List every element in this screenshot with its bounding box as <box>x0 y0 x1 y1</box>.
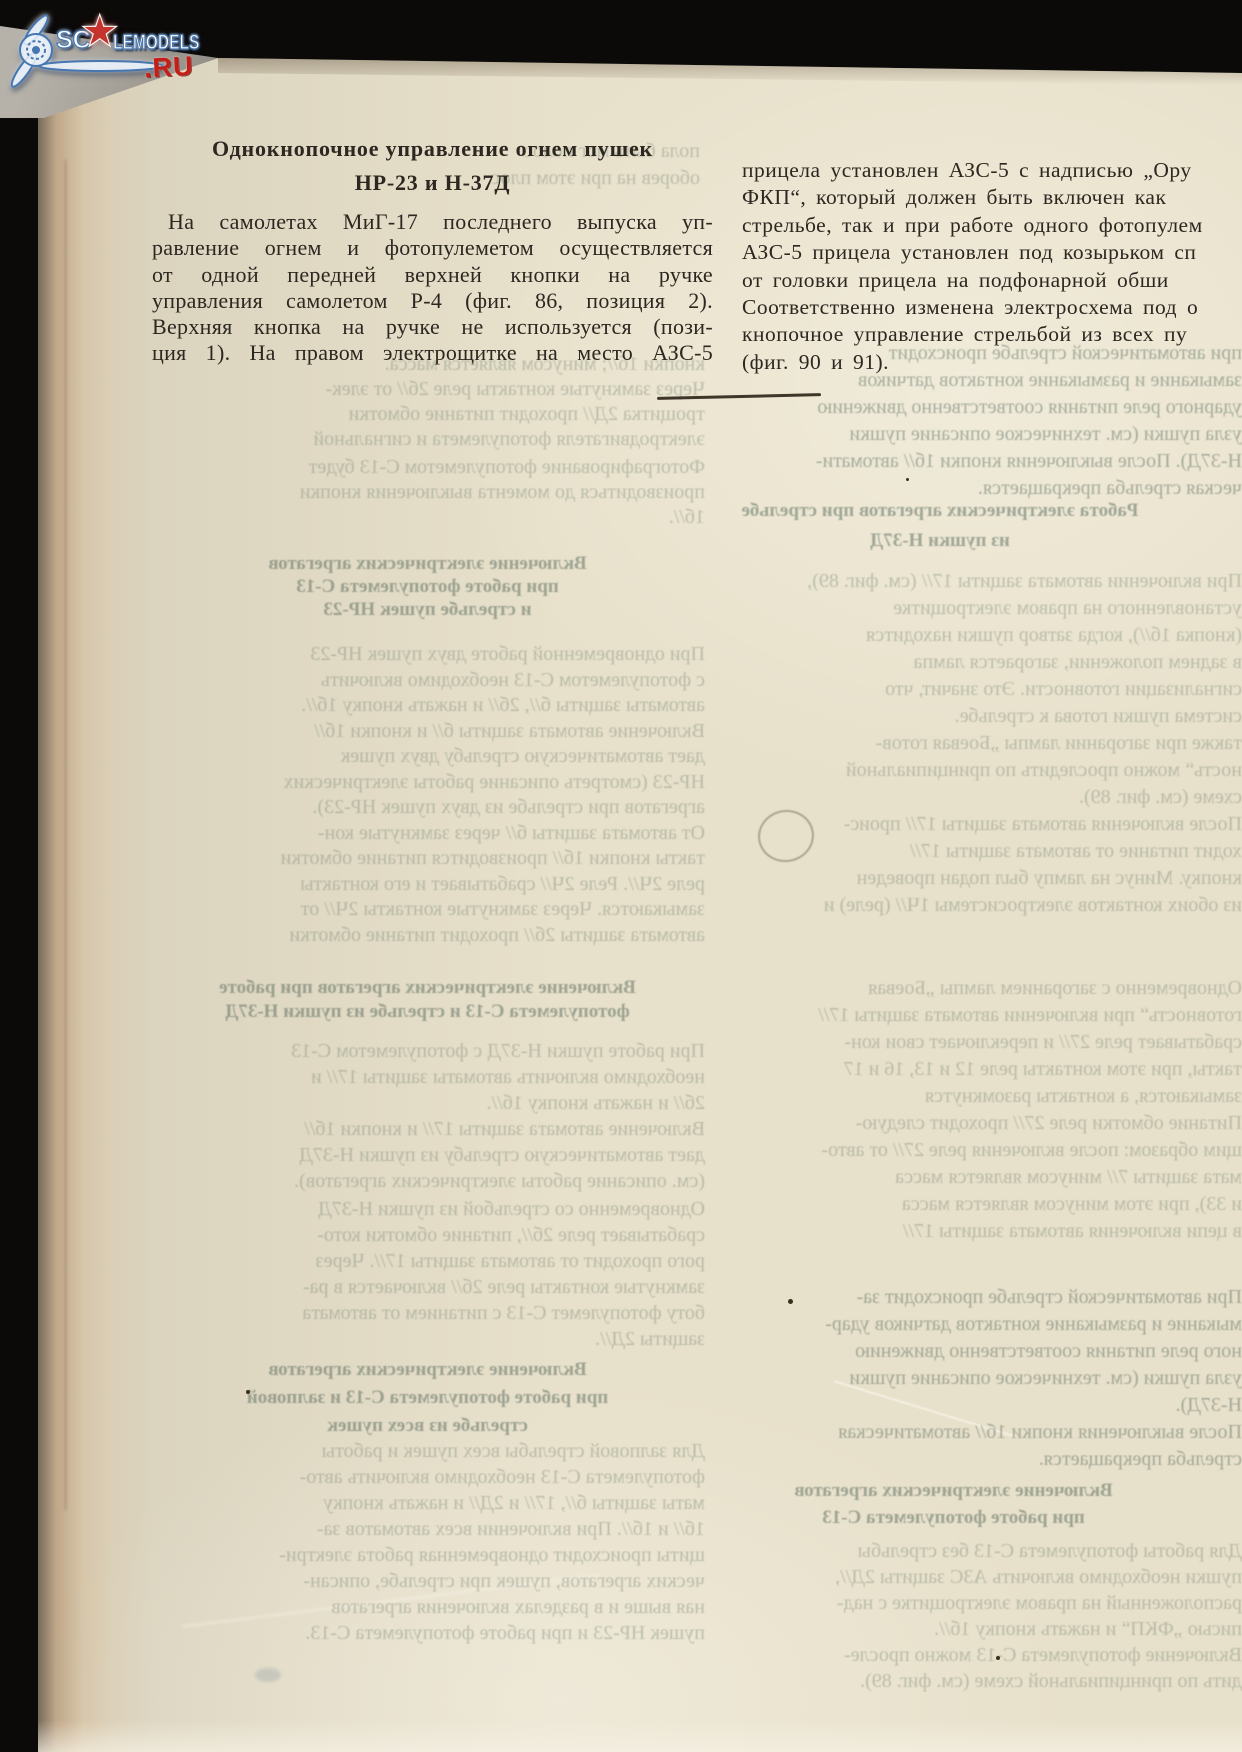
text-line: щиты происходит одновременная работа эле… <box>150 1542 705 1568</box>
text-line: 1б//. <box>150 505 705 530</box>
text-line: НР-23 (смотреть описание работы электрич… <box>150 770 705 796</box>
text-line: Через замкнутые контакты реле 2б// от эл… <box>150 377 705 402</box>
text-line: равление огнем и фотопулеметом осуществл… <box>152 235 713 261</box>
ghost-left-para-1: кнопки 1б//; минусом является масса.Чере… <box>150 352 705 452</box>
text-line: с фотопулеметом С-13 необходимо включить <box>150 668 705 694</box>
ghost-right-para-4: При автоматической стрельбе происходит з… <box>695 1284 1242 1473</box>
ghost-right-heading-2: Включение электрических агрегатовпри раб… <box>680 1477 1227 1531</box>
ghost-left-heading-2: Включение электрических агрегатов при ра… <box>150 976 705 1024</box>
text-line: Н-37Д). <box>695 1392 1242 1419</box>
book-page-scan: пола быть мог полособорев на при этом пл… <box>0 0 1242 1752</box>
text-line: На самолетах МиГ-17 последнего выпуска у… <box>152 209 713 235</box>
text-line: АЗС-5 прицела установлен под козырьком с… <box>742 239 1242 266</box>
text-line: ческих агрегатов, пушек при стрельбе, оп… <box>150 1568 705 1594</box>
text-line: установленного на правом электрощитке <box>695 595 1242 622</box>
text-line: ная выше и в разделах включения агрегато… <box>150 1594 705 1620</box>
text-line: кнопку. Минус на лампу был подан проведе… <box>695 865 1242 892</box>
text-line: (фиг. 90 и 91). <box>742 349 1242 376</box>
text-line: ФКП“, который должен быть включен как <box>742 184 1242 211</box>
text-line: срабатывает реле 27// и переключает свои… <box>695 1029 1242 1056</box>
text-line: фотопулемета С-13 и стрельбе из пушки Н-… <box>150 1000 705 1024</box>
text-line: производиться до момента выключения кноп… <box>150 480 705 505</box>
text-line: готовность“ при включении автомата защит… <box>695 1002 1242 1029</box>
text-line: пушек НР-23 и при работе фотопулемета С-… <box>150 1620 705 1646</box>
ghost-right-heading-1: Работа электрических агрегатов при стрел… <box>660 496 1220 556</box>
text-line: узла пушки (см. техническое описание пуш… <box>695 421 1242 448</box>
text-line: При одновременной работе двух пушек НР-2… <box>150 642 705 668</box>
text-line: НР-23 и Н-37Д <box>152 166 713 200</box>
text-line: дает автоматическую стрельбу из пушки Н-… <box>150 1142 705 1168</box>
text-line: ного реле питания соответственно движени… <box>695 1338 1242 1365</box>
right-column-paragraph: прицела установлен АЗС-5 с надписью „Ору… <box>742 157 1242 376</box>
text-line: система пушки готова к стрельбе. <box>695 703 1242 730</box>
text-line: Однокнопочное управление огнем пушек <box>152 132 713 166</box>
text-line: прицела установлен АЗС-5 с надписью „Ору <box>742 157 1242 184</box>
text-line: от головки прицела на подфонарной обши <box>742 267 1242 294</box>
paper-speck <box>996 1656 1000 1660</box>
text-line: необходимо включить автоматы защиты 17//… <box>150 1064 705 1090</box>
paper-speck <box>906 478 909 481</box>
text-line: стрельбе из всех пушек <box>150 1412 705 1440</box>
text-line: из обоих контактов электросистемы 1Ч// (… <box>695 892 1242 919</box>
text-line: трощитка 2Д// проходит питание обмотки <box>150 402 705 427</box>
text-line: такты, при этом контакты реле 12 и 13, 1… <box>695 1056 1242 1083</box>
ghost-right-para-5: Для работы фотопулемета С-13 без стрельб… <box>695 1538 1242 1694</box>
text-line: стрельбе, так и при работе одного фотопу… <box>742 212 1242 239</box>
text-line: сигнализации готовности. Это значит, что <box>695 676 1242 703</box>
text-line: При работе пушки Н-37Д с фотопулеметом С… <box>150 1038 705 1064</box>
text-line: кнопочное управление стрельбой из всех п… <box>742 321 1242 348</box>
text-line: При автоматической стрельбе происходит з… <box>695 1284 1242 1311</box>
ghost-right-para-2: При включении автомата защиты 17// (см. … <box>695 568 1242 919</box>
text-line: такты кнопки 1б// производится питание о… <box>150 846 705 872</box>
text-line: дить по принципиальной схеме (см. фиг. 8… <box>695 1668 1242 1694</box>
text-line: щим образом: после включения реле 27// о… <box>695 1137 1242 1164</box>
text-line: (кнопка 1б//), когда затвор пушки находи… <box>695 622 1242 649</box>
text-line: при работе фотопулемета С-13 <box>150 575 705 598</box>
ghost-left-para-5: Одновременно со стрельбой из пушки Н-37Д… <box>150 1196 705 1352</box>
text-line: Работа электрических агрегатов при стрел… <box>660 496 1220 526</box>
text-line: Включение электрических агрегатов <box>150 552 705 575</box>
text-line: стрельба прекращается. <box>695 1446 1242 1473</box>
ghost-left-para-6: Для залповой стрельбы всех пушек и работ… <box>150 1438 705 1646</box>
text-line: ность“ можно проследить по принципиально… <box>695 757 1242 784</box>
paper-speck <box>788 1299 793 1304</box>
text-line: Включение автомата защиты б// и кнопки 1… <box>150 719 705 745</box>
ghost-left-para-3: При одновременной работе двух пушек НР-2… <box>150 642 705 948</box>
text-line: при работе фотопулемета С-13 и залповой <box>150 1384 705 1412</box>
text-line: при работе фотопулемета С-13 <box>680 1504 1227 1531</box>
text-line: писью „ФКП“ и нажать кнопку 1б//. <box>695 1616 1242 1642</box>
text-line: ударного реле питания соответственно дви… <box>695 394 1242 421</box>
text-line: агрегатов при стрельбе из двух пушек НР-… <box>150 795 705 821</box>
text-line: автомата защиты 2б// проходит питание об… <box>150 923 705 949</box>
text-line: замыкаются, а контакты разомкнутся <box>695 1083 1242 1110</box>
text-line: Для залповой стрельбы всех пушек и работ… <box>150 1438 705 1464</box>
text-line: автоматы защиты б//, 2б// и нажать кнопк… <box>150 693 705 719</box>
text-line: срабатывает реле 2б//, питание обмотки к… <box>150 1222 705 1248</box>
text-line: из пушки Н-37Д <box>660 526 1220 556</box>
text-line: Включение электрических агрегатов при ра… <box>150 976 705 1000</box>
text-line: От автомата защиты б// через замкнутые к… <box>150 821 705 847</box>
text-line: схеме (см. фиг. 89). <box>695 784 1242 811</box>
text-line: боту фотопулемет С-13 с питанием от авто… <box>150 1300 705 1326</box>
text-line: мыкание и размыкание контактов датчиков … <box>695 1311 1242 1338</box>
text-line: После выключения кнопки 1б// автоматичес… <box>695 1419 1242 1446</box>
scalemodels-watermark-logo: SC ★ LEMODELS .RU <box>6 4 196 96</box>
text-line: пушки необходимо включить АЗС защиты 2Д/… <box>695 1564 1242 1590</box>
text-line: в цепи включения автомата защиты 17// <box>695 1218 1242 1245</box>
text-line: дает автоматическую стрельбу двух пушек <box>150 744 705 770</box>
ghost-left-heading-1: Включение электрических агрегатовпри раб… <box>150 552 705 621</box>
page-bottom-light-edge <box>38 1720 1242 1752</box>
text-line: узла пушки (см. техническое описание пуш… <box>695 1365 1242 1392</box>
text-line: расположенный на правом электрощитке с н… <box>695 1590 1242 1616</box>
book-spine-shading <box>38 0 153 1752</box>
left-column-paragraph: На самолетах МиГ-17 последнего выпуска у… <box>152 209 713 367</box>
text-line: управления самолетом Р-4 (фиг. 86, позиц… <box>152 288 713 314</box>
text-line: Включение электрических агрегатов <box>150 1356 705 1384</box>
text-line: защиты 2Д//. <box>150 1326 705 1352</box>
text-line: реле 2Ч//. Реле 2Ч// срабатывает и его к… <box>150 872 705 898</box>
text-line: и 33), при этом минусом является масса <box>695 1191 1242 1218</box>
text-line: Для работы фотопулемета С-13 без стрельб… <box>695 1538 1242 1564</box>
text-line: от одной передней верхней кнопки на ручк… <box>152 262 713 288</box>
text-line: Одновременно с загоранием лампы „Боевая <box>695 975 1242 1002</box>
ghost-left-para-2: Фотографирование фотопулеметом С-13 буде… <box>150 455 705 530</box>
ink-smudge <box>255 1668 281 1682</box>
page-top-shadow <box>38 55 1242 85</box>
logo-text-ru: .RU <box>143 51 194 85</box>
paper-speck <box>246 1390 250 1394</box>
text-line: (см. описание работы электрических агрег… <box>150 1168 705 1194</box>
text-line: мата защиты 7// минусом является масса <box>695 1164 1242 1191</box>
ghost-left-para-4: При работе пушки Н-37Д с фотопулеметом С… <box>150 1038 705 1194</box>
section-heading: Однокнопочное управление огнем пушекНР-2… <box>152 132 713 200</box>
text-line: Питание обмотки реле 27// проходит следу… <box>695 1110 1242 1137</box>
text-line: При включении автомата защиты 17// (см. … <box>695 568 1242 595</box>
text-line: замкнутые контакты реле 2б// включается … <box>150 1274 705 1300</box>
text-line: рого проходит от автомата защиты 17//. Ч… <box>150 1248 705 1274</box>
text-line: в заднем положении, загорается лампа <box>695 649 1242 676</box>
page-paper: пола быть мог полособорев на при этом пл… <box>0 0 1242 1752</box>
text-line: фотопулемета С-13 необходимо включить ав… <box>150 1464 705 1490</box>
text-line: Н-37Д). После выключения кнопки 1б// авт… <box>695 448 1242 475</box>
text-line: Верхняя кнопка на ручке не используется … <box>152 314 713 340</box>
text-line: ция 1). На правом электрощитке на место … <box>152 340 713 366</box>
text-line: 1б// и 1б//. При включении всех автомато… <box>150 1516 705 1542</box>
text-line: Включение автомата защиты 17// и кнопки … <box>150 1116 705 1142</box>
text-line: также при загорании лампы „Боевая готов- <box>695 730 1242 757</box>
text-line: замыкаются. Через замкнутые контакты 2Ч/… <box>150 897 705 923</box>
text-line: Фотографирование фотопулеметом С-13 буде… <box>150 455 705 480</box>
text-line: Соответственно изменена электросхема под… <box>742 294 1242 321</box>
ghost-right-para-3: Одновременно с загоранием лампы „Боеваяг… <box>695 975 1242 1245</box>
text-line: Одновременно со стрельбой из пушки Н-37Д <box>150 1196 705 1222</box>
text-line: маты защиты б//, 17// и 2Д// и нажать кн… <box>150 1490 705 1516</box>
text-line: 2б// и нажать кнопку 1б//. <box>150 1090 705 1116</box>
text-line: Включение электрических агрегатов <box>680 1477 1227 1504</box>
text-line: электродвигателя фотопулемета и сигнальн… <box>150 427 705 452</box>
ghost-left-heading-3: Включение электрических агрегатовпри раб… <box>150 1356 705 1440</box>
text-line: Включение фотопулемета С-13 можно просле… <box>695 1642 1242 1668</box>
text-line: и стрельбе пушек НР-23 <box>150 598 705 621</box>
